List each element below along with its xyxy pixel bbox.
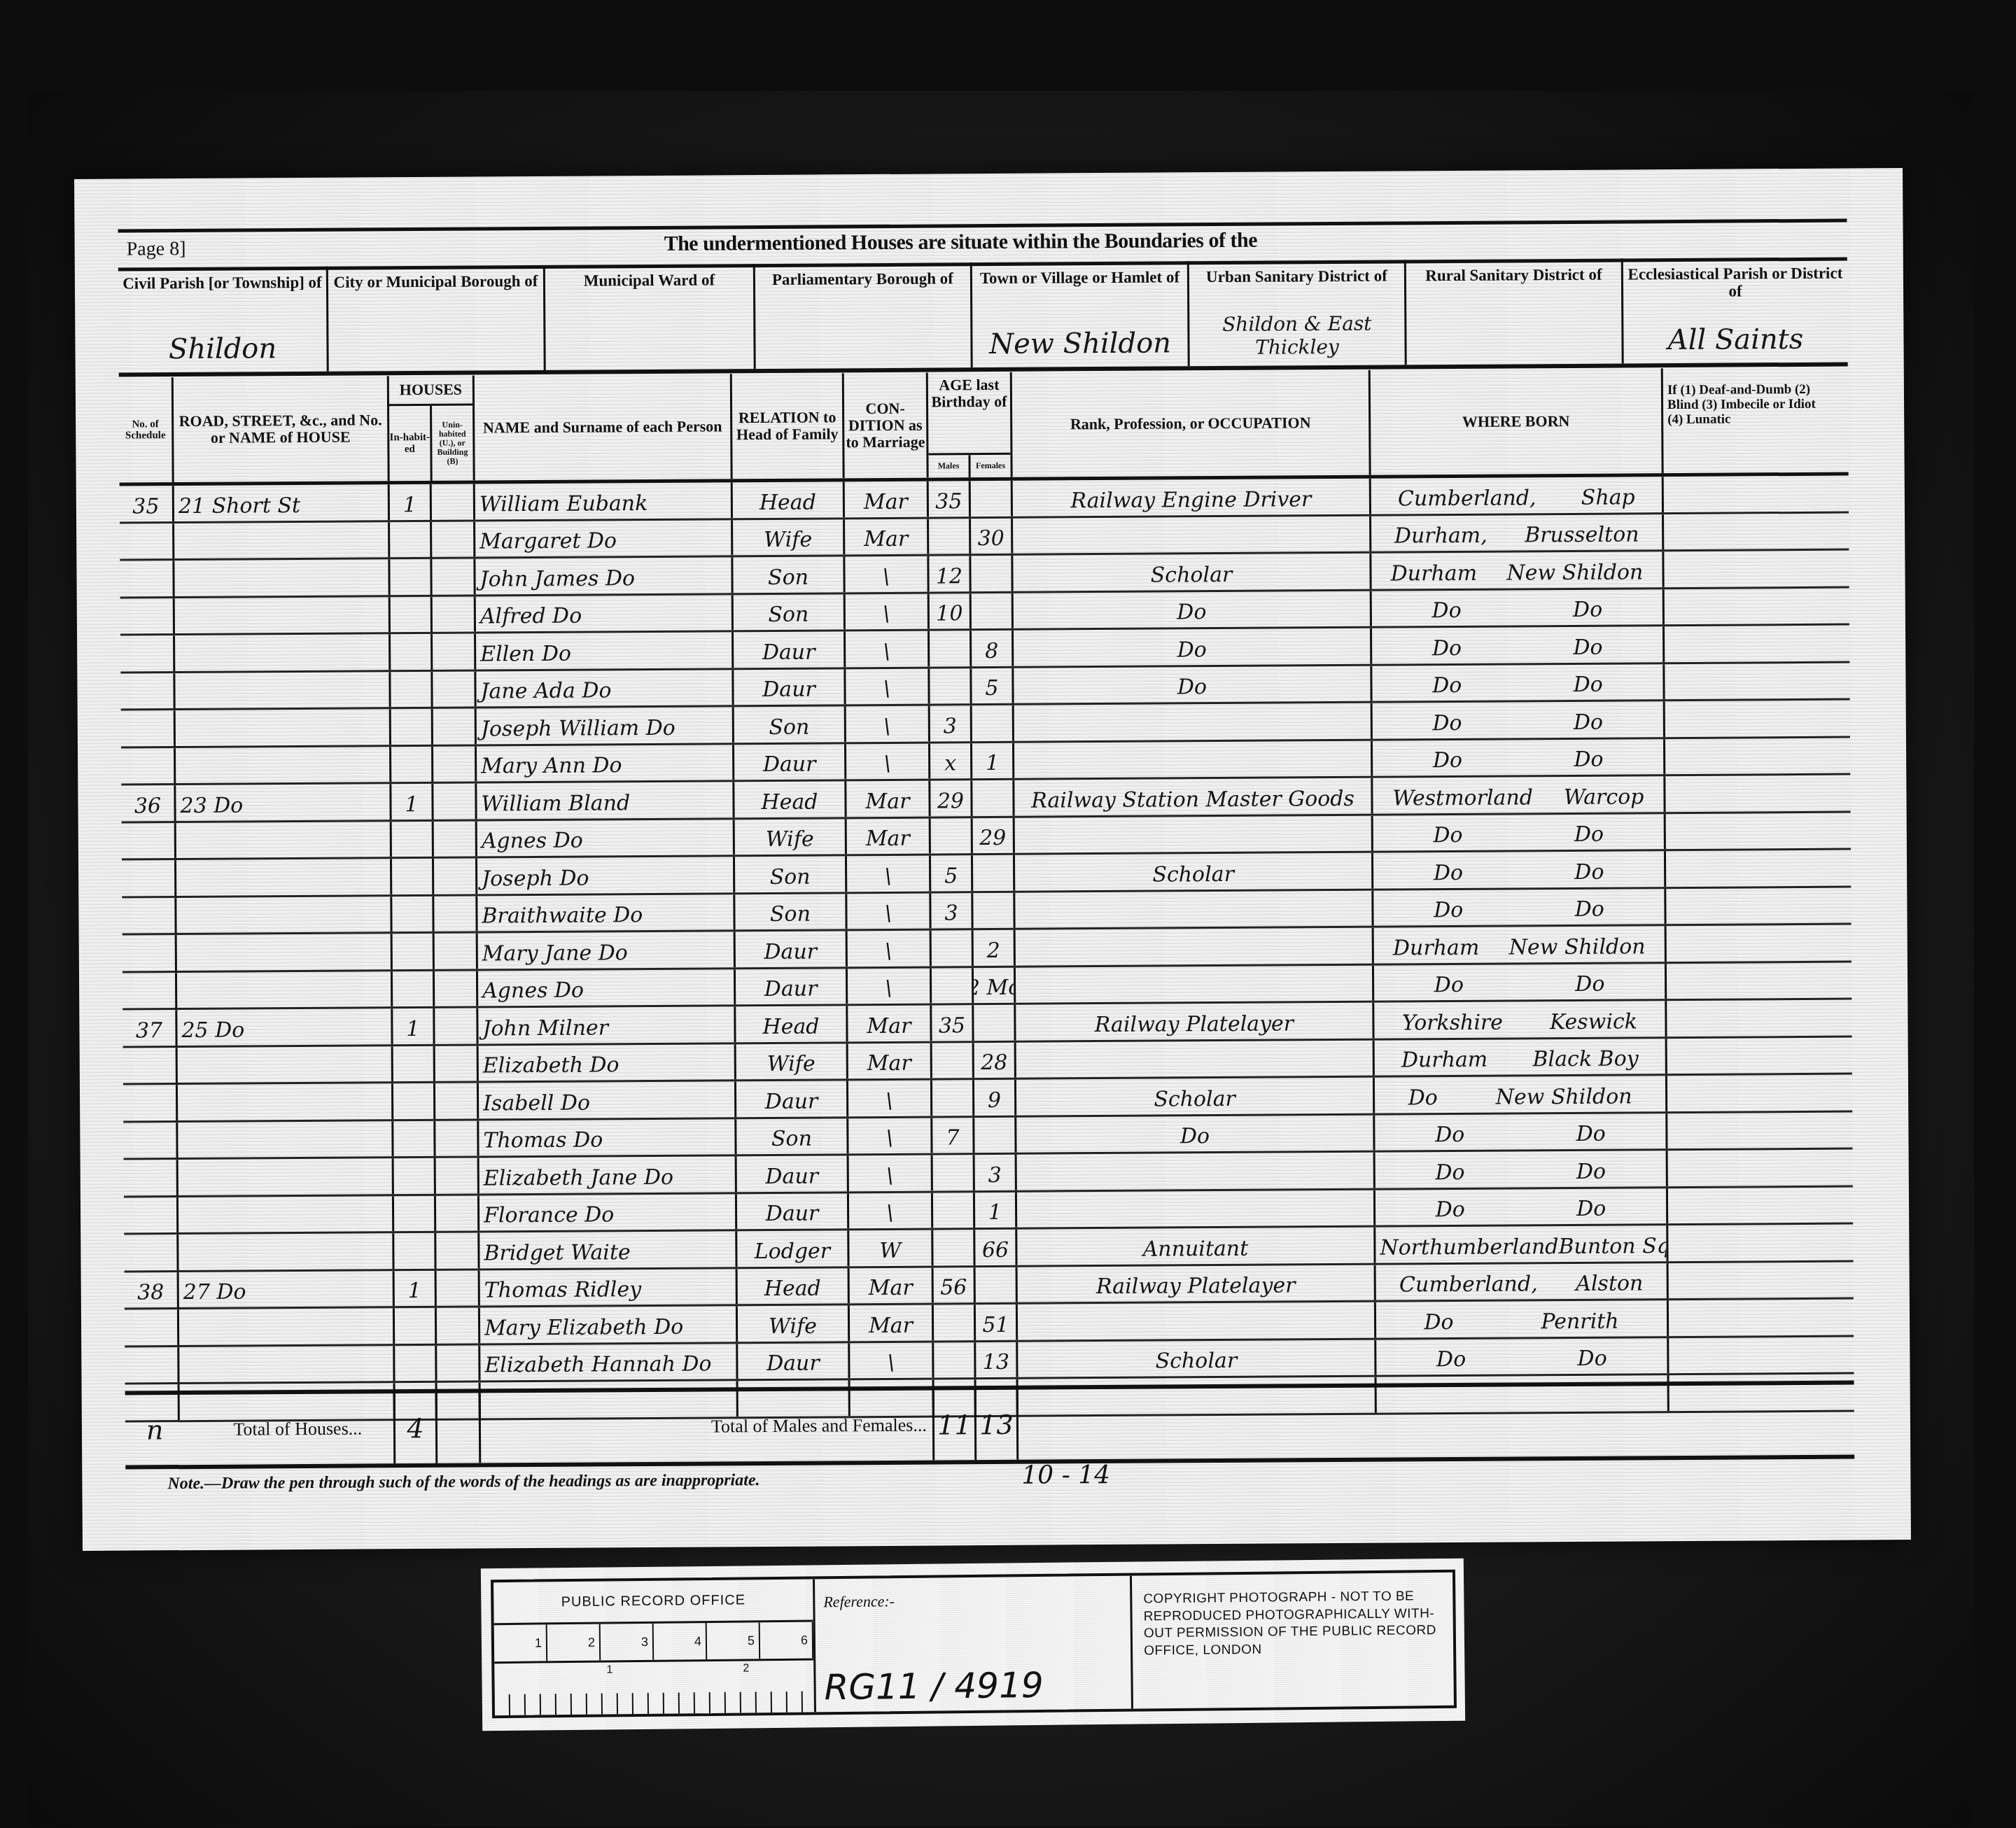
pro-copyright: COPYRIGHT PHOTOGRAPH - NOT TO BE REPRODU… (1132, 1573, 1454, 1709)
road-address (178, 1233, 394, 1270)
marital-condition: \ (848, 1118, 932, 1153)
houses-uninhabited (435, 933, 478, 969)
relation-to-head: Head (736, 1006, 848, 1041)
houses-uninhabited (436, 1158, 479, 1193)
relation-to-head: Head (733, 481, 845, 517)
houses-uninhabited (433, 596, 476, 632)
born-place: Do (1574, 673, 1603, 697)
born-county: Durham (1401, 1048, 1488, 1073)
age-female (974, 1005, 1016, 1041)
age-male (934, 1305, 976, 1340)
age-male: x (930, 743, 972, 779)
person-name: Thomas Do (479, 1119, 736, 1156)
born-place: Do (1574, 710, 1603, 734)
marital-condition: \ (846, 668, 930, 704)
marital-condition: \ (848, 968, 932, 1004)
born-place: Keswick (1550, 1009, 1637, 1034)
age-female: 51 (976, 1305, 1018, 1340)
born-county: Cumberland, (1398, 486, 1536, 511)
header-where-born: WHERE BORN (1371, 368, 1664, 475)
where-born: DoDo (1375, 1188, 1668, 1225)
header-name: NAME and Surname of each Person (475, 374, 733, 480)
occupation (1016, 928, 1374, 966)
where-born: Durham,Brusselton (1371, 514, 1664, 551)
age-female: 1 (972, 743, 1014, 778)
houses-uninhabited (433, 671, 476, 707)
houses-uninhabited (432, 559, 475, 595)
header-males: Males (928, 455, 970, 477)
marital-condition: \ (845, 556, 929, 592)
person-name: Mary Elizabeth Do (480, 1306, 738, 1343)
infirmity (1668, 1225, 1839, 1261)
marital-condition: Mar (850, 1267, 934, 1303)
road-address (175, 634, 391, 670)
age-female (976, 1267, 1018, 1302)
person-name: Florance Do (479, 1194, 737, 1231)
houses-inhabited: 1 (390, 484, 432, 520)
pro-ruler: 1 2 (494, 1660, 814, 1715)
relation-to-head: Wife (733, 519, 845, 555)
relation-to-head: Son (734, 594, 846, 630)
person-name: John James Do (475, 557, 733, 594)
marital-condition: Mar (848, 1043, 932, 1078)
relation-to-head: Wife (736, 1043, 848, 1079)
schedule-number: 36 (121, 785, 176, 821)
road-address: 25 Do (177, 1008, 393, 1045)
born-county: Do (1424, 1309, 1453, 1334)
admin-ecclesiastical-parish: Ecclesiastical Parish or District of All… (1623, 258, 1848, 364)
header-age: AGE last Birthday of Males Females (928, 372, 1013, 478)
age-female: 28 (974, 1042, 1016, 1078)
marital-condition: \ (849, 1155, 933, 1191)
born-county: Do (1432, 673, 1462, 698)
marital-condition: W (849, 1230, 933, 1266)
age-male (931, 818, 973, 854)
age-female: 2 (974, 930, 1016, 966)
age-female: 3 (975, 1155, 1017, 1190)
houses-inhabited (391, 709, 433, 745)
age-female: 1 (975, 1192, 1017, 1228)
houses-inhabited: 1 (393, 1008, 435, 1044)
total-females: 13 (976, 1390, 1019, 1460)
schedule-number (124, 1197, 178, 1233)
boundary-title: The undermentioned Houses are situate wi… (664, 229, 1258, 256)
road-address (178, 1083, 393, 1120)
age-female: 29 (973, 817, 1015, 853)
houses-uninhabited (437, 1307, 480, 1343)
marital-condition: \ (846, 593, 930, 629)
age-female (971, 556, 1013, 591)
born-place: Bunton Square (1558, 1233, 1668, 1258)
born-county: Do (1434, 860, 1463, 885)
infirmity (1664, 476, 1835, 512)
infirmity (1666, 887, 1837, 924)
marital-condition: \ (847, 893, 931, 929)
born-place: Alston (1576, 1271, 1643, 1296)
relation-to-head: Daur (736, 1081, 848, 1116)
age-female (972, 705, 1014, 741)
born-place: Penrith (1541, 1309, 1618, 1334)
person-name: Elizabeth Jane Do (479, 1156, 737, 1193)
note-handwritten-range: 10 - 14 (1021, 1461, 1110, 1490)
schedule-number (124, 1160, 178, 1195)
age-female (971, 481, 1013, 516)
census-rows: 3521 Short St1William EubankHeadMar35Rai… (120, 476, 1854, 1423)
marital-condition: \ (849, 1193, 933, 1228)
header-inhabited: In-habit-ed (389, 406, 433, 481)
marital-condition: \ (846, 706, 930, 742)
census-form: Page 8] The undermentioned Houses are si… (118, 219, 1854, 1517)
admin-parliamentary-borough: Parliamentary Borough of (755, 262, 973, 369)
age-female: 66 (975, 1230, 1017, 1265)
road-address (175, 597, 391, 633)
where-born: DoDo (1375, 1151, 1668, 1188)
houses-uninhabited (434, 821, 477, 857)
houses-inhabited (395, 1308, 437, 1344)
age-male: 10 (930, 593, 972, 629)
age-female (973, 892, 1015, 928)
occupation: Scholar (1013, 554, 1371, 591)
age-female (972, 780, 1014, 816)
total-houses-label: n Total of Houses... (125, 1393, 396, 1465)
person-name: Jane Ada Do (476, 670, 734, 707)
where-born: DurhamNew Shildon (1374, 926, 1667, 963)
age-male (932, 930, 974, 966)
age-female: 30 (971, 518, 1013, 554)
person-name: William Bland (477, 782, 734, 819)
where-born: DoDo (1372, 626, 1665, 663)
born-place: Do (1574, 822, 1604, 847)
houses-uninhabited (436, 1232, 479, 1268)
houses-inhabited: 1 (395, 1270, 437, 1306)
infirmity (1665, 775, 1836, 812)
relation-to-head: Daur (734, 631, 846, 667)
where-born: DoPenrith (1376, 1300, 1669, 1337)
infirmity (1664, 551, 1835, 587)
person-name: Isabell Do (479, 1081, 736, 1118)
infirmity (1666, 850, 1837, 887)
houses-inhabited (391, 671, 433, 707)
infirmity (1669, 1337, 1840, 1373)
header-uninhabited: Unin-habited (U.), or Building (B) (432, 406, 473, 481)
born-county: Durham (1391, 561, 1478, 586)
header-occupation: Rank, Profession, or OCCUPATION (1012, 370, 1371, 477)
born-place: Shap (1581, 485, 1635, 509)
road-address (176, 897, 392, 933)
houses-inhabited (391, 746, 433, 782)
admin-urban-sanitary: Urban Sanitary District of Shildon & Eas… (1189, 260, 1407, 366)
born-place: Do (1573, 635, 1602, 659)
houses-inhabited (395, 1345, 437, 1381)
person-name: Alfred Do (476, 595, 734, 632)
relation-to-head: Daur (734, 669, 846, 705)
column-headers: No. of Schedule ROAD, STREET, &c., and N… (119, 367, 1849, 486)
infirmity (1665, 738, 1836, 774)
age-female: 9 (974, 1080, 1016, 1116)
relation-to-head: Daur (737, 1193, 849, 1229)
relation-to-head: Head (734, 781, 846, 817)
age-male (929, 519, 971, 554)
houses-inhabited (392, 896, 434, 931)
person-name: Elizabeth Do (479, 1044, 736, 1081)
marital-condition: \ (847, 856, 931, 892)
schedule-number (120, 523, 174, 559)
houses-uninhabited (437, 1345, 480, 1381)
occupation (1013, 516, 1371, 554)
schedule-number (123, 1048, 178, 1083)
where-born: DoDo (1373, 701, 1665, 738)
born-county: Do (1434, 898, 1463, 922)
relation-to-head: Wife (735, 819, 847, 855)
admin-town-village: Town or Village or Hamlet of New Shildon (972, 261, 1190, 367)
houses-uninhabited (435, 1083, 479, 1118)
person-name: Thomas Ridley (480, 1269, 738, 1306)
road-address (174, 559, 390, 596)
census-sheet: Page 8] The undermentioned Houses are si… (74, 168, 1911, 1551)
age-male (932, 1043, 974, 1078)
schedule-number: 37 (122, 1010, 177, 1046)
age-male (933, 1155, 975, 1190)
houses-inhabited (391, 596, 433, 632)
road-address: 23 Do (176, 784, 391, 820)
infirmity (1668, 1150, 1839, 1186)
age-male (930, 631, 972, 666)
form-note: Note.—Draw the pen through such of the w… (167, 1471, 759, 1493)
relation-to-head: Daur (738, 1343, 850, 1379)
schedule-number (122, 860, 176, 896)
relation-to-head: Wife (738, 1305, 850, 1341)
schedule-number (124, 1235, 178, 1270)
where-born: WestmorlandWarcop (1373, 776, 1665, 813)
marital-condition: Mar (847, 818, 931, 854)
schedule-number (120, 635, 175, 671)
schedule-number (123, 1085, 178, 1120)
marital-condition: Mar (845, 519, 929, 554)
age-male: 5 (931, 855, 973, 891)
born-place: Do (1573, 598, 1602, 622)
infirmity (1667, 1000, 1837, 1036)
pro-reference: Reference:- RG11 / 4919 (815, 1576, 1133, 1713)
road-address (176, 822, 392, 858)
road-address (177, 971, 393, 1008)
road-address (176, 859, 392, 895)
infirmity (1667, 1075, 1838, 1111)
person-name: Margaret Do (475, 520, 733, 557)
total-persons-label: Total of Males and Females... (481, 1391, 935, 1463)
road-address: 21 Short St (174, 484, 390, 521)
relation-to-head: Son (735, 856, 847, 892)
born-county: Do (1434, 973, 1464, 997)
born-county: Durham, (1394, 523, 1487, 549)
born-place: Brusselton (1525, 522, 1639, 547)
occupation: Railway Station Master Goods (1014, 778, 1373, 816)
person-name: Elizabeth Hannah Do (480, 1344, 738, 1381)
houses-inhabited (394, 1195, 436, 1231)
road-address (178, 1158, 394, 1195)
reference-number: RG11 / 4919 (824, 1665, 1044, 1708)
houses-uninhabited (435, 1120, 479, 1156)
header-females: Females (970, 455, 1010, 477)
where-born: DoDo (1373, 814, 1666, 851)
where-born: DurhamNew Shildon (1371, 551, 1664, 589)
where-born: DoDo (1376, 1338, 1669, 1375)
houses-uninhabited (433, 634, 476, 670)
occupation: Railway Platelayer (1016, 1003, 1374, 1041)
age-male (933, 1193, 975, 1228)
total-houses-value: 4 (395, 1393, 438, 1463)
total-males: 11 (934, 1390, 977, 1460)
occupation (1015, 890, 1373, 928)
infirmity (1665, 626, 1835, 662)
schedule-number (121, 748, 176, 784)
marital-condition: Mar (848, 1006, 932, 1041)
born-county: Do (1408, 1085, 1437, 1110)
born-county: Durham (1393, 935, 1480, 960)
infirmity (1665, 701, 1836, 737)
header-houses: HOUSES In-habit-ed Unin-habited (U.), or… (389, 376, 475, 481)
age-male (933, 1230, 975, 1265)
age-female: 13 (976, 1342, 1018, 1377)
born-county: Do (1435, 1160, 1464, 1184)
road-address (179, 1346, 395, 1382)
where-born: DoDo (1373, 851, 1666, 888)
header-road: ROAD, STREET, &c., and No. or NAME of HO… (174, 376, 390, 482)
age-male: 35 (929, 481, 971, 516)
where-born: DoNew Shildon (1375, 1076, 1667, 1113)
marital-condition: Mar (846, 781, 930, 817)
relation-to-head: Daur (734, 744, 846, 780)
infirmity (1669, 1300, 1840, 1336)
person-name: Mary Jane Do (478, 931, 736, 969)
occupation (1017, 1153, 1375, 1190)
born-county: Do (1432, 635, 1462, 660)
houses-inhabited (392, 821, 434, 857)
occupation: Railway Engine Driver (1013, 479, 1371, 516)
relation-to-head: Daur (737, 1155, 849, 1191)
houses-uninhabited (433, 746, 477, 782)
public-record-office-label: PUBLIC RECORD OFFICE 1 2 3 4 5 6 1 2 Ref… (481, 1559, 1465, 1731)
occupation: Scholar (1018, 1340, 1376, 1377)
houses-inhabited (393, 1120, 435, 1156)
age-male: 7 (932, 1118, 974, 1153)
infirmity (1664, 513, 1835, 549)
born-place: Do (1576, 1122, 1605, 1146)
born-county: Do (1433, 748, 1462, 773)
occupation (1016, 965, 1374, 1003)
born-place: Black Boy (1532, 1046, 1638, 1071)
totals-row: n Total of Houses... 4 Total of Males an… (125, 1380, 1855, 1469)
houses-inhabited (393, 1083, 435, 1119)
houses-inhabited: 1 (391, 784, 433, 820)
header-schedule: No. of Schedule (119, 377, 174, 482)
houses-uninhabited (435, 1008, 478, 1043)
marital-condition: Mar (845, 481, 929, 517)
road-address (178, 1046, 393, 1083)
where-born: DoDo (1374, 964, 1667, 1001)
road-address (179, 1308, 395, 1344)
age-male: 56 (934, 1267, 976, 1303)
marital-condition: Mar (850, 1305, 934, 1341)
road-address (178, 1196, 394, 1232)
age-female (974, 1117, 1016, 1153)
occupation (1018, 1302, 1376, 1340)
where-born: DurhamBlack Boy (1375, 1039, 1667, 1076)
houses-uninhabited (434, 858, 477, 894)
age-male (932, 968, 974, 1004)
where-born: DoDo (1373, 739, 1665, 776)
born-place: Warcop (1564, 785, 1644, 810)
occupation (1014, 740, 1373, 778)
houses-uninhabited (432, 484, 475, 520)
houses-inhabited (390, 521, 432, 557)
pro-scale: 1 2 3 4 5 6 (494, 1622, 814, 1664)
person-name: Bridget Waite (479, 1231, 737, 1268)
marital-condition: \ (846, 631, 930, 667)
infirmity (1667, 962, 1837, 999)
schedule-number (125, 1309, 179, 1345)
schedule-number (120, 673, 175, 709)
where-born: DoDo (1372, 664, 1665, 701)
born-county: Westmorland (1392, 785, 1533, 810)
occupation: Do (1014, 628, 1372, 666)
admin-civil-parish: Civil Parish [or Township] of Shildon (118, 267, 329, 373)
born-place: Do (1575, 897, 1604, 922)
infirmity (1667, 1037, 1838, 1074)
age-female: 8 (972, 631, 1014, 666)
born-county: Do (1433, 823, 1462, 848)
admin-rural-sanitary: Rural Sanitary District of (1406, 258, 1624, 365)
age-male: 29 (930, 780, 972, 816)
where-born: NorthumberlandBunton Square (1375, 1225, 1668, 1263)
person-name: John Milner (478, 1006, 736, 1043)
age-female (972, 593, 1014, 628)
occupation: Do (1016, 1115, 1375, 1153)
relation-to-head: Head (738, 1268, 850, 1304)
houses-uninhabited (433, 709, 477, 745)
header-infirmity: If (1) Deaf-and-Dumb (2) Blind (3) Imbec… (1663, 367, 1835, 473)
where-born: DoDo (1372, 589, 1665, 626)
occupation (1014, 703, 1373, 741)
person-name: Joseph Do (477, 857, 735, 894)
schedule-number (120, 561, 174, 596)
occupation: Railway Platelayer (1018, 1265, 1376, 1302)
born-place: Do (1577, 1347, 1606, 1371)
age-male: 3 (930, 705, 972, 741)
relation-to-head: Son (734, 706, 846, 742)
page-label: Page 8] (127, 238, 186, 261)
road-address (176, 747, 391, 783)
schedule-number: 38 (125, 1272, 179, 1308)
where-born: Cumberland,Alston (1376, 1263, 1669, 1300)
schedule-number (122, 823, 176, 859)
houses-uninhabited (432, 521, 475, 557)
person-name: William Eubank (475, 482, 733, 519)
relation-to-head: Daur (736, 969, 848, 1004)
age-male (934, 1342, 976, 1378)
age-male: 35 (932, 1005, 974, 1041)
admin-value: Shildon (118, 332, 326, 366)
road-address: 27 Do (179, 1271, 395, 1307)
road-address (174, 522, 390, 558)
relation-to-head: Lodger (737, 1230, 849, 1266)
infirmity (1667, 925, 1837, 962)
header-relation: RELATION to Head of Family (732, 373, 845, 479)
houses-uninhabited (435, 1046, 479, 1081)
houses-uninhabited (433, 783, 477, 819)
age-female: 2 Mo (974, 967, 1016, 1003)
houses-inhabited (390, 559, 432, 595)
houses-uninhabited (436, 1195, 479, 1231)
